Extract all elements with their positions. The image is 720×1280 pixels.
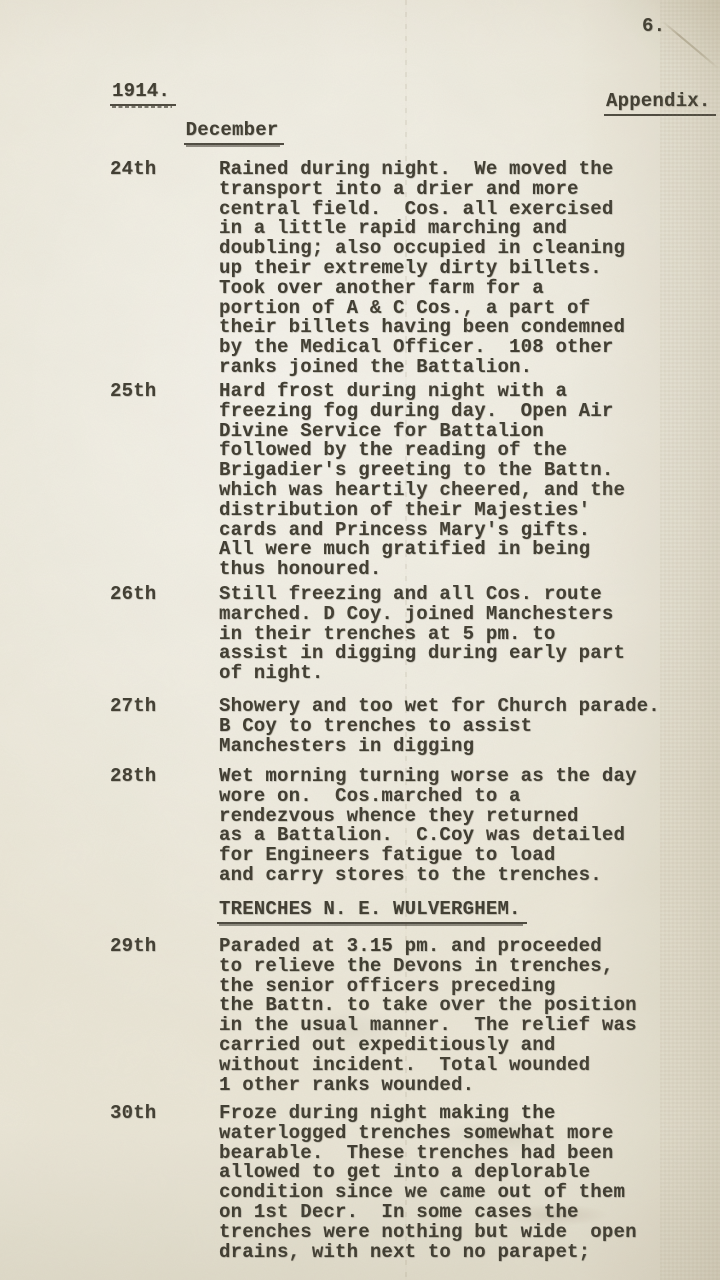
entry-text: Paraded at 3.15 pm. and proceededto reli… — [219, 937, 637, 1095]
entry-date: 28th — [110, 767, 156, 787]
section-heading: TRENCHES N. E. WULVERGHEM. — [217, 900, 527, 924]
entry-line: Took over another farm for a — [219, 279, 625, 299]
entry-date: 30th — [110, 1104, 156, 1124]
entry-line: Rained during night. We moved the — [219, 160, 625, 180]
entry-date: 25th — [110, 382, 156, 402]
entry-date: 26th — [110, 585, 156, 605]
entry-date: 29th — [110, 937, 156, 957]
entry-line: to relieve the Devons in trenches, — [219, 957, 637, 977]
entry-line: and carry stores to the trenches. — [219, 866, 637, 886]
entry-line: Showery and too wet for Church parade. — [219, 697, 660, 717]
entry-line: which was heartily cheered, and the — [219, 481, 625, 501]
entry-line: Wet morning turning worse as the day — [219, 767, 637, 787]
entry-line: doubling; also occupied in cleaning — [219, 239, 625, 259]
entry-line: 1 other ranks wounded. — [219, 1076, 637, 1096]
entry-line: for Engineers fatigue to load — [219, 846, 637, 866]
entry-line: without incident. Total wounded — [219, 1056, 637, 1076]
entry-line: ranks joined the Battalion. — [219, 358, 625, 378]
entry-line: in the usual manner. The relief was — [219, 1016, 637, 1036]
entry-line: marched. D Coy. joined Manchesters — [219, 605, 625, 625]
entries-layer: 24thRained during night. We moved thetra… — [0, 0, 720, 1280]
entry-line: of night. — [219, 664, 625, 684]
entry-line: Still freezing and all Cos. route — [219, 585, 625, 605]
diary-page: 6. 1914. Appendix. December 24thRained d… — [0, 0, 720, 1280]
entry-line: distribution of their Majesties' — [219, 501, 625, 521]
entry-text: Still freezing and all Cos. routemarched… — [219, 585, 625, 684]
entry-text: Showery and too wet for Church parade.B … — [219, 697, 660, 756]
entry-line: Paraded at 3.15 pm. and proceeded — [219, 937, 637, 957]
entry-date: 27th — [110, 697, 156, 717]
entry-line: on 1st Decr. In some cases the — [219, 1203, 637, 1223]
entry-line: condition since we came out of them — [219, 1183, 637, 1203]
entry-text: Wet morning turning worse as the daywore… — [219, 767, 637, 886]
entry-line: trenches were nothing but wide open — [219, 1223, 637, 1243]
entry-line: by the Medical Officer. 108 other — [219, 338, 625, 358]
entry-line: Hard frost during night with a — [219, 382, 625, 402]
entry-line: Froze during night making the — [219, 1104, 637, 1124]
entry-line: thus honoured. — [219, 560, 625, 580]
entry-text: Hard frost during night with afreezing f… — [219, 382, 625, 580]
entry-line: wore on. Cos.marched to a — [219, 787, 637, 807]
entry-date: 24th — [110, 160, 156, 180]
entry-line: up their extremely dirty billets. — [219, 259, 625, 279]
entry-line: transport into a drier and more — [219, 180, 625, 200]
entry-line: Brigadier's greeting to the Battn. — [219, 461, 625, 481]
entry-line: Manchesters in digging — [219, 737, 660, 757]
entry-line: waterlogged trenches somewhat more — [219, 1124, 637, 1144]
entry-line: drains, with next to no parapet; — [219, 1243, 637, 1263]
entry-text: Rained during night. We moved thetranspo… — [219, 160, 625, 378]
entry-text: Froze during night making thewaterlogged… — [219, 1104, 637, 1262]
entry-line: carried out expeditiously and — [219, 1036, 637, 1056]
entry-line: freezing fog during day. Open Air — [219, 402, 625, 422]
entry-line: B Coy to trenches to assist — [219, 717, 660, 737]
